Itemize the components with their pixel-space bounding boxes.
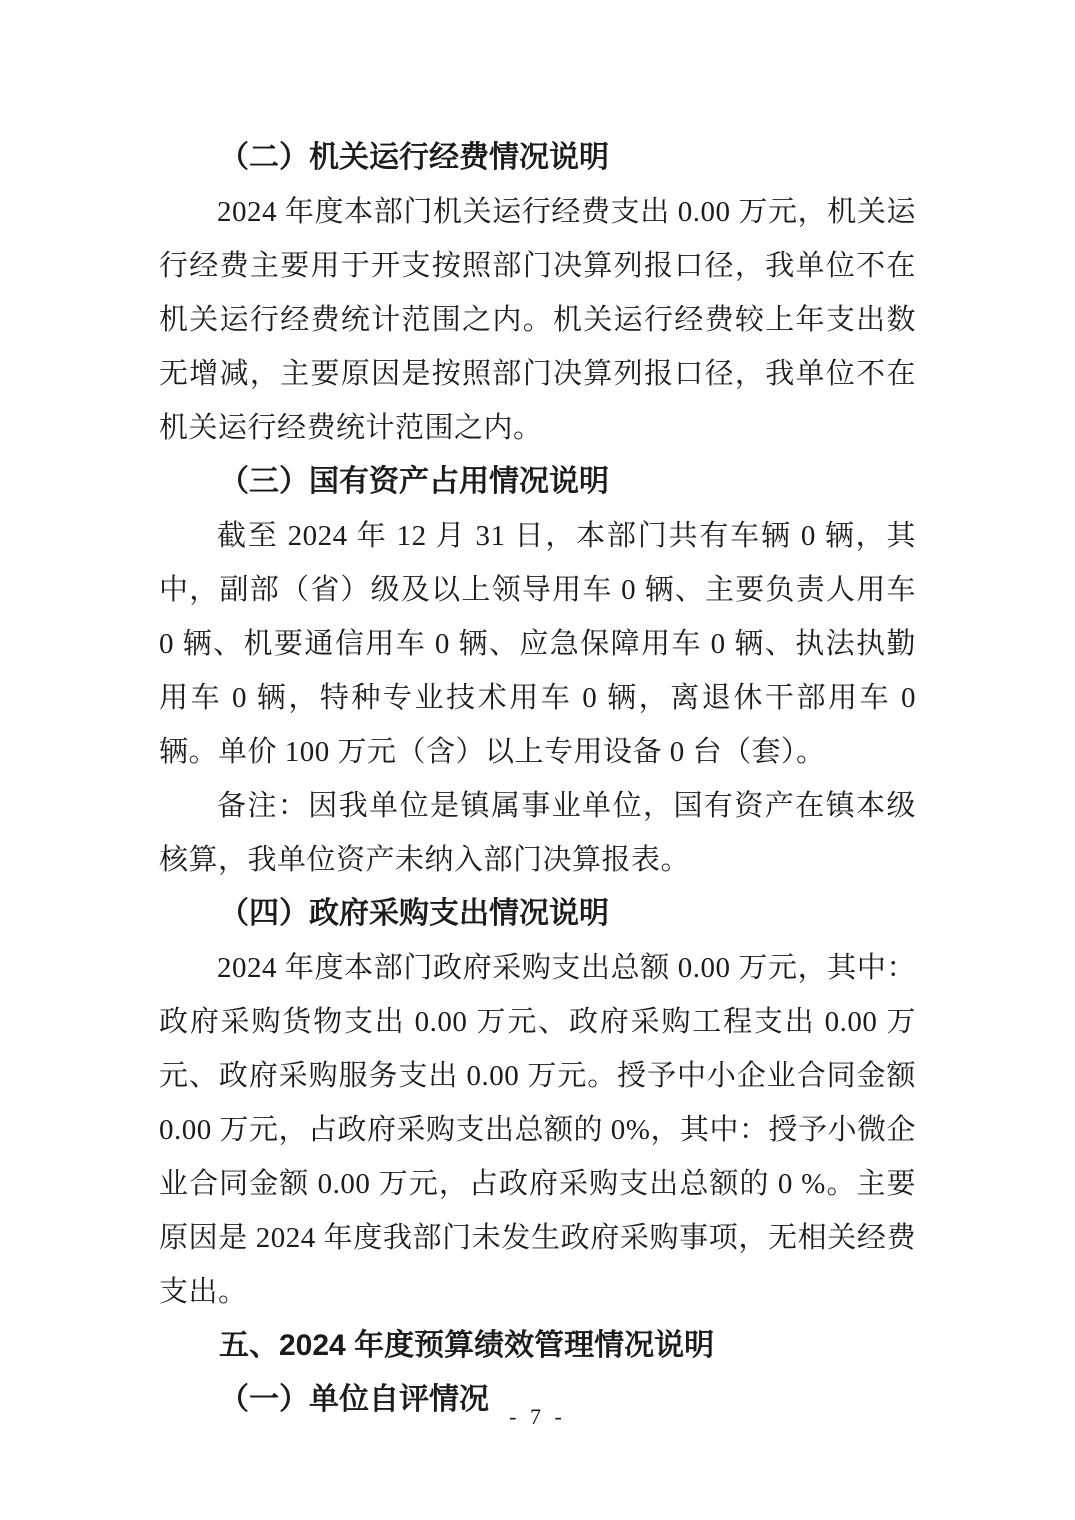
- paragraph-vehicles-and-equipment: 截至 2024 年 12 月 31 日，本部门共有车辆 0 辆，其中，副部（省）…: [159, 509, 916, 779]
- page-number: - 7 -: [0, 1402, 1075, 1432]
- heading-section-3-state-owned-assets: （三）国有资产占用情况说明: [159, 455, 916, 509]
- document-body: （二）机关运行经费情况说明 2024 年度本部门机关运行经费支出 0.00 万元…: [159, 131, 916, 1427]
- paragraph-organ-operating-expenses: 2024 年度本部门机关运行经费支出 0.00 万元，机关运行经费主要用于开支按…: [159, 185, 916, 455]
- heading-section-4-government-procurement: （四）政府采购支出情况说明: [159, 887, 916, 941]
- heading-section-2-organ-operating-expenses: （二）机关运行经费情况说明: [159, 131, 916, 185]
- paragraph-government-procurement: 2024 年度本部门政府采购支出总额 0.00 万元，其中：政府采购货物支出 0…: [159, 941, 916, 1319]
- heading-section-5-budget-performance: 五、2024 年度预算绩效管理情况说明: [159, 1319, 916, 1373]
- paragraph-assets-remark: 备注：因我单位是镇属事业单位，国有资产在镇本级核算，我单位资产未纳入部门决算报表…: [159, 779, 916, 887]
- document-page: （二）机关运行经费情况说明 2024 年度本部门机关运行经费支出 0.00 万元…: [0, 0, 1075, 1520]
